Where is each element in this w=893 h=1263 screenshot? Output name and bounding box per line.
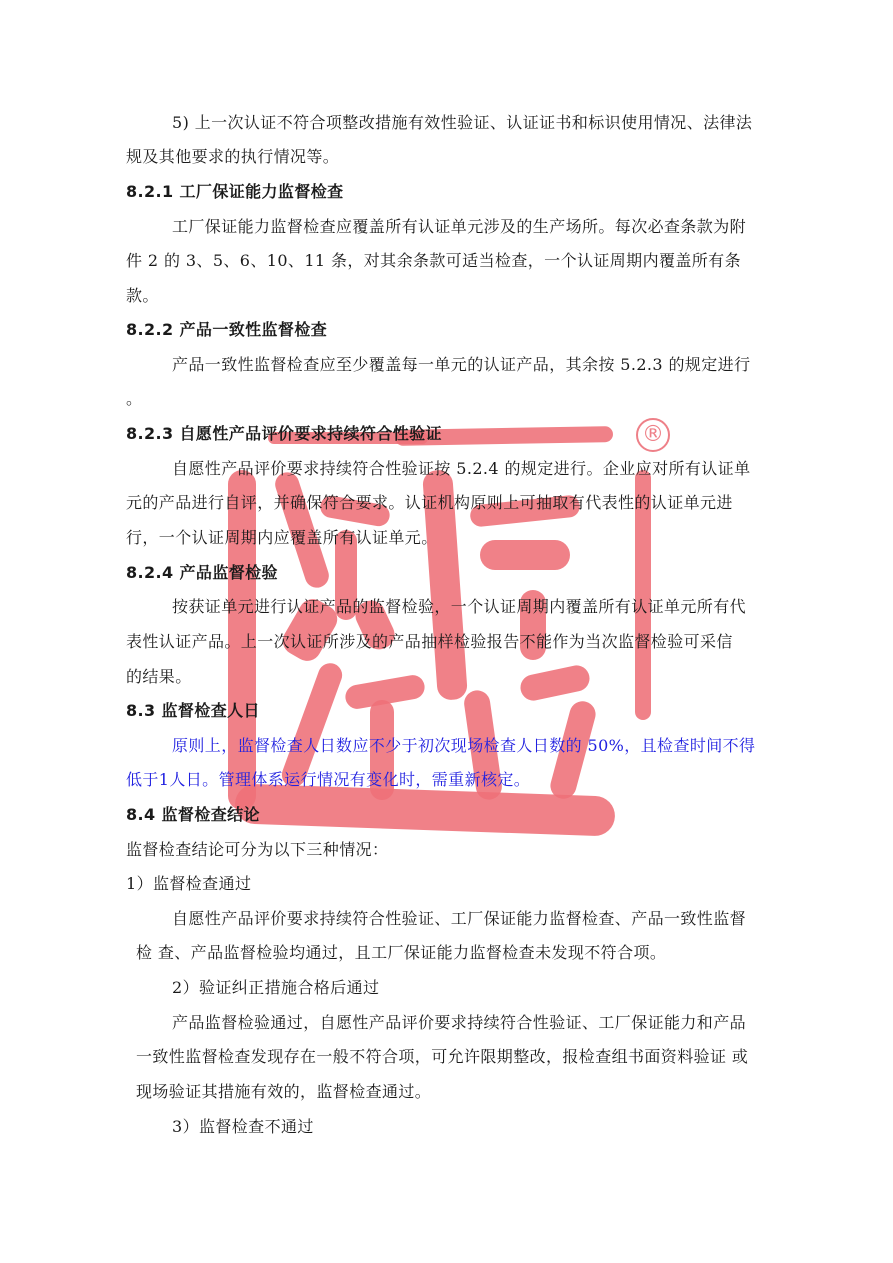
section-heading-8-2-1: 8.2.1 工厂保证能力监督检查 bbox=[126, 182, 344, 202]
paragraph-line: 工厂保证能力监督检查应覆盖所有认证单元涉及的生产场所。每次必查条款为附 bbox=[172, 217, 746, 237]
paragraph-line: 监督检查结论可分为以下三种情况： bbox=[126, 840, 388, 860]
section-heading-8-2-2: 8.2.2 产品一致性监督检查 bbox=[126, 320, 327, 340]
paragraph-line: 自愿性产品评价要求持续符合性验证按 5.2.4 的规定进行。企业应对所有认证单 bbox=[172, 459, 750, 479]
registered-mark: ® bbox=[636, 418, 670, 452]
section-heading-8-2-4: 8.2.4 产品监督检验 bbox=[126, 563, 278, 583]
paragraph-line: 产品一致性监督检查应至少覆盖每一单元的认证产品，其余按 5.2.3 的规定进行 bbox=[172, 355, 750, 375]
paragraph-line: 自愿性产品评价要求持续符合性验证、工厂保证能力监督检查、产品一致性监督 bbox=[172, 909, 746, 929]
paragraph-line: 行，一个认证周期内应覆盖所有认证单元。 bbox=[126, 528, 438, 548]
paragraph-line-highlighted: 原则上，监督检查人日数应不少于初次现场检查人日数的 50%，且检查时间不得 bbox=[172, 736, 755, 756]
paragraph-line: 款。 bbox=[126, 286, 159, 306]
paragraph-line: 按获证单元进行认证产品的监督检验，一个认证周期内覆盖所有认证单元所有代 bbox=[172, 597, 746, 617]
paragraph-line: 件 2 的 3、5、6、10、11 条，对其余条款可适当检查，一个认证周期内覆盖… bbox=[126, 251, 741, 271]
paragraph-line: 规及其他要求的执行情况等。 bbox=[126, 147, 339, 167]
paragraph-line: 元的产品进行自评，并确保符合要求。认证机构原则上可抽取有代表性的认证单元进 bbox=[126, 493, 733, 513]
paragraph-line: 一致性监督检查发现存在一般不符合项，可允许限期整改，报检查组书面资料验证 或 bbox=[136, 1047, 748, 1067]
list-item-1: 1）监督检查通过 bbox=[126, 874, 251, 894]
paragraph-line: 现场验证其措施有效的，监督检查通过。 bbox=[136, 1082, 431, 1102]
paragraph-line: 。 bbox=[126, 389, 142, 409]
document-page: ® 5) 上一次认证不符合项整改措施有效性验证、认证证书和标识使用情况、法律法 … bbox=[0, 0, 893, 1263]
section-heading-8-4: 8.4 监督检查结论 bbox=[126, 805, 260, 825]
list-item-2: 2）验证纠正措施合格后通过 bbox=[172, 978, 379, 998]
paragraph-line: 5) 上一次认证不符合项整改措施有效性验证、认证证书和标识使用情况、法律法 bbox=[172, 113, 752, 133]
paragraph-line: 检 查、产品监督检验均通过，且工厂保证能力监督检查未发现不符合项。 bbox=[136, 943, 666, 963]
section-heading-8-3: 8.3 监督检查人日 bbox=[126, 701, 260, 721]
paragraph-line: 表性认证产品。上一次认证所涉及的产品抽样检验报告不能作为当次监督检验可采信 bbox=[126, 632, 733, 652]
paragraph-line: 产品监督检验通过，自愿性产品评价要求持续符合性验证、工厂保证能力和产品 bbox=[172, 1013, 746, 1033]
section-heading-8-2-3: 8.2.3 自愿性产品评价要求持续符合性验证 bbox=[126, 424, 442, 444]
list-item-3: 3）监督检查不通过 bbox=[172, 1117, 314, 1137]
paragraph-line: 的结果。 bbox=[126, 667, 192, 687]
paragraph-line-highlighted: 低于1人日。管理体系运行情况有变化时，需重新核定。 bbox=[126, 770, 530, 790]
